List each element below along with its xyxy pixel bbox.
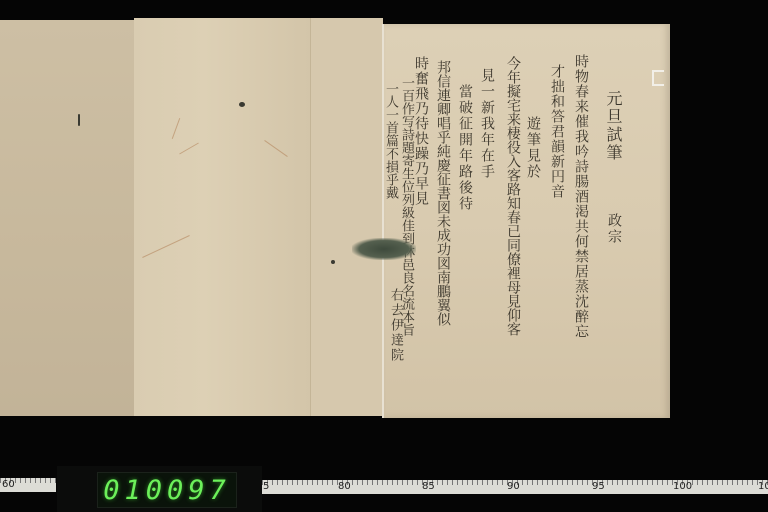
ink-speck: [331, 260, 335, 264]
text-column: 見一新我年在手: [478, 68, 496, 180]
text-column: 才拙和答君韻新円音: [548, 64, 566, 199]
signature-column: 右去伊達院: [386, 288, 404, 363]
ink-stain: [352, 238, 416, 260]
ink-speck: [239, 102, 245, 107]
paper-tab-mark: [652, 70, 664, 86]
counter-display: 010097: [97, 472, 237, 508]
title-column: 元旦試筆: [604, 90, 622, 162]
text-column: 邦信連卿唱乎純慶征書図未成功図南鵬翼似: [434, 60, 451, 326]
text-column: 今年擬宅来棲役入客路知春已同僚裡母見仰客: [504, 56, 521, 336]
scale-ruler-left: 60: [0, 478, 56, 492]
frame-counter: 010097: [57, 466, 262, 512]
text-column: 一人一首篇不損乎戴: [382, 82, 398, 199]
ruler-label: 95: [592, 480, 605, 494]
ruler-label: 60: [2, 478, 15, 492]
text-column: 時物春来催我吟詩腸酒渇共何禁居蒸沈醉忘: [572, 54, 589, 339]
text-column: 當破征開年路後待: [456, 84, 474, 212]
blank-paper-panel-middle: [134, 18, 310, 416]
manuscript-scroll: 元旦試筆 政宗 時物春来催我吟詩腸酒渇共何禁居蒸沈醉忘 才拙和答君韻新円音 遊筆…: [0, 18, 668, 416]
text-column: 遊筆見於: [524, 116, 542, 180]
text-column: 時奮飛乃待快躁乃早見: [412, 56, 430, 206]
author-column: 政宗: [605, 213, 623, 245]
ink-speck: [78, 114, 80, 126]
ruler-label: 5: [263, 480, 269, 494]
blank-paper-panel-narrow: [310, 18, 383, 416]
ruler-label: 80: [338, 480, 351, 494]
ruler-label: 10: [758, 480, 768, 494]
scale-ruler: 5 80 85 90 95 100 10: [262, 480, 768, 494]
ruler-label: 85: [422, 480, 435, 494]
blank-paper-panel-left: [0, 20, 134, 416]
ruler-label: 90: [507, 480, 520, 494]
ruler-label: 100: [673, 480, 692, 494]
counter-digits: 010097: [103, 475, 231, 506]
